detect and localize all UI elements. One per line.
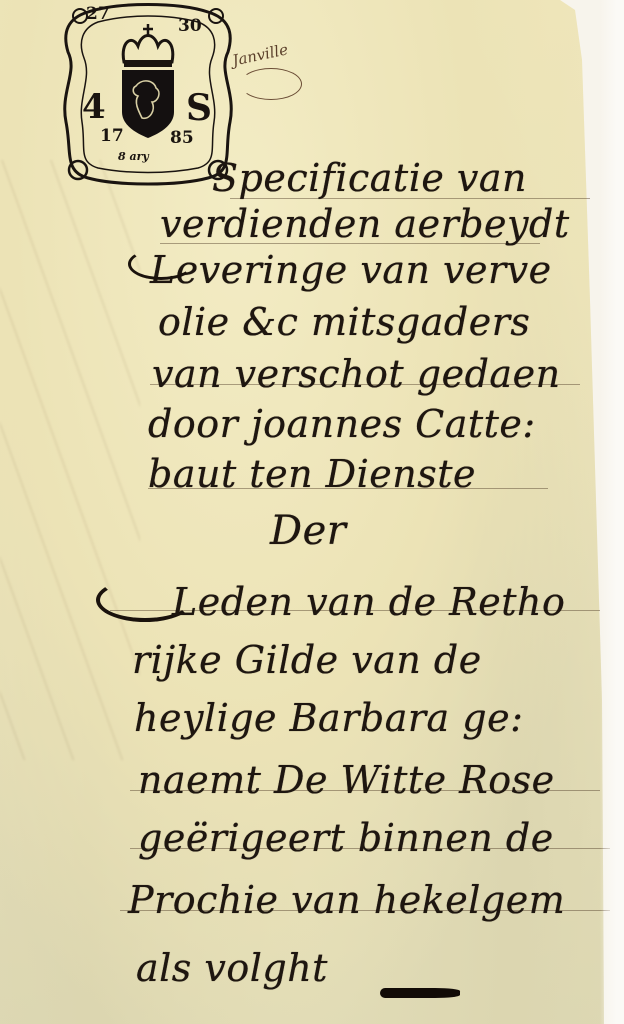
text-line-6: door joannes Catte:: [148, 402, 536, 446]
text-line-10: rijke Gilde van de: [132, 638, 482, 682]
text-line-1: Specificatie van: [212, 156, 527, 200]
text-line-14: Prochie van hekelgem: [128, 878, 565, 922]
text-line-7: baut ten Dienste: [148, 452, 476, 496]
text-line-11: heylige Barbara ge:: [134, 696, 523, 740]
flourish-icon: [128, 248, 194, 280]
text-line-3: Leveringe van verve: [150, 248, 552, 292]
text-line-9: Leden van de Retho: [172, 580, 565, 624]
text-line-8: Der: [270, 508, 346, 554]
text-line-2: verdienden aerbeydt: [160, 202, 570, 246]
manuscript-text: Specificatie van verdienden aerbeydt Lev…: [0, 0, 624, 1024]
text-line-15: als volght: [136, 946, 328, 990]
text-line-13: geërigeert binnen de: [138, 816, 554, 860]
closing-dash: [380, 988, 460, 998]
text-line-4: olie &c mitsgaders: [158, 300, 530, 344]
text-line-5: van verschot gedaen: [152, 352, 561, 396]
text-line-12: naemt De Witte Rose: [138, 758, 555, 802]
page-edge: [600, 0, 624, 1024]
